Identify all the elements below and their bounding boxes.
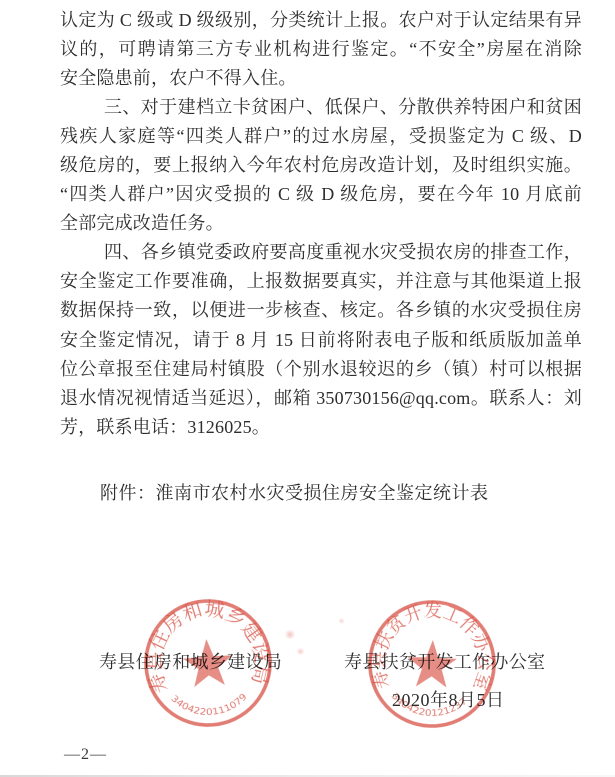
seal-ring-text: 寿县扶贫开发工作办公室 — [367, 598, 498, 696]
ink-speck — [338, 618, 345, 624]
text-line: 位公章报至住建局村镇股（个别水退较迟的乡（镇）村可以根据 — [60, 355, 582, 384]
page-number: —2— — [64, 746, 107, 764]
signature-date: 2020年8月5日 — [392, 686, 505, 712]
signature-left-org: 寿县住房和城乡建设局 — [99, 648, 282, 674]
svg-text:寿县住房和城乡建设局: 寿县住房和城乡建设局 — [138, 593, 276, 697]
svg-text:3404220111079: 3404220111079 — [168, 689, 251, 721]
text-line: 级危房的，要上报纳入今年农村危房改造计划，及时组织实施。 — [60, 151, 582, 180]
seal-ring-text: 寿县住房和城乡建设局 — [138, 593, 276, 697]
text-line: 安全鉴定工作要准确，上报数据要真实，并注意与其他渠道上报 — [60, 267, 582, 296]
document-page: 认定为 C 级或 D 级级别，分类统计上报。农户对于认定结果有异议的，可聘请第三… — [0, 0, 615, 777]
text-line: 安全鉴定情况，请于 8 月 15 日前将附表电子版和纸质版加盖单 — [60, 326, 582, 355]
signature-right-org: 寿县扶贫开发工作办公室 — [344, 648, 545, 674]
text-line: 安全隐患前，农户不得入住。 — [60, 64, 582, 93]
text-line: “四类人群户”因灾受损的 C 级 D 级危房，要在今年 10 月底前 — [60, 180, 582, 209]
ink-speck — [284, 630, 296, 639]
text-line: 数据保持一致，以便进一步核查、核定。各乡镇的水灾受损住房 — [60, 296, 582, 325]
seal-code-text: 3404220111079 — [168, 689, 251, 721]
text-line: 三、对于建档立卡贫困户、低保户、分散供养特困户和贫困 — [60, 93, 582, 122]
text-line: 认定为 C 级或 D 级级别，分类统计上报。农户对于认定结果有异 — [60, 6, 582, 35]
ink-speck — [296, 648, 305, 655]
svg-text:寿县扶贫开发工作办公室: 寿县扶贫开发工作办公室 — [367, 598, 498, 696]
document-body: 认定为 C 级或 D 级级别，分类统计上报。农户对于认定结果有异议的，可聘请第三… — [60, 6, 582, 442]
text-line: 四、各乡镇党委政府要高度重视水灾受损农房的排查工作， — [60, 238, 582, 267]
text-line: 退水情况视情适当延迟），邮箱 350730156@qq.com。联系人：刘 — [60, 384, 582, 413]
text-line: 全部完成改造任务。 — [60, 209, 582, 238]
attachment-line: 附件：淮南市农村水灾受损住房安全鉴定统计表 — [100, 479, 489, 505]
text-line: 残疾人家庭等“四类人群户”的过水房屋，受损鉴定为 C 级、D — [60, 122, 582, 151]
text-line: 芳，联系电话：3126025。 — [60, 413, 582, 442]
text-line: 议的，可聘请第三方专业机构进行鉴定。“不安全”房屋在消除 — [60, 35, 582, 64]
